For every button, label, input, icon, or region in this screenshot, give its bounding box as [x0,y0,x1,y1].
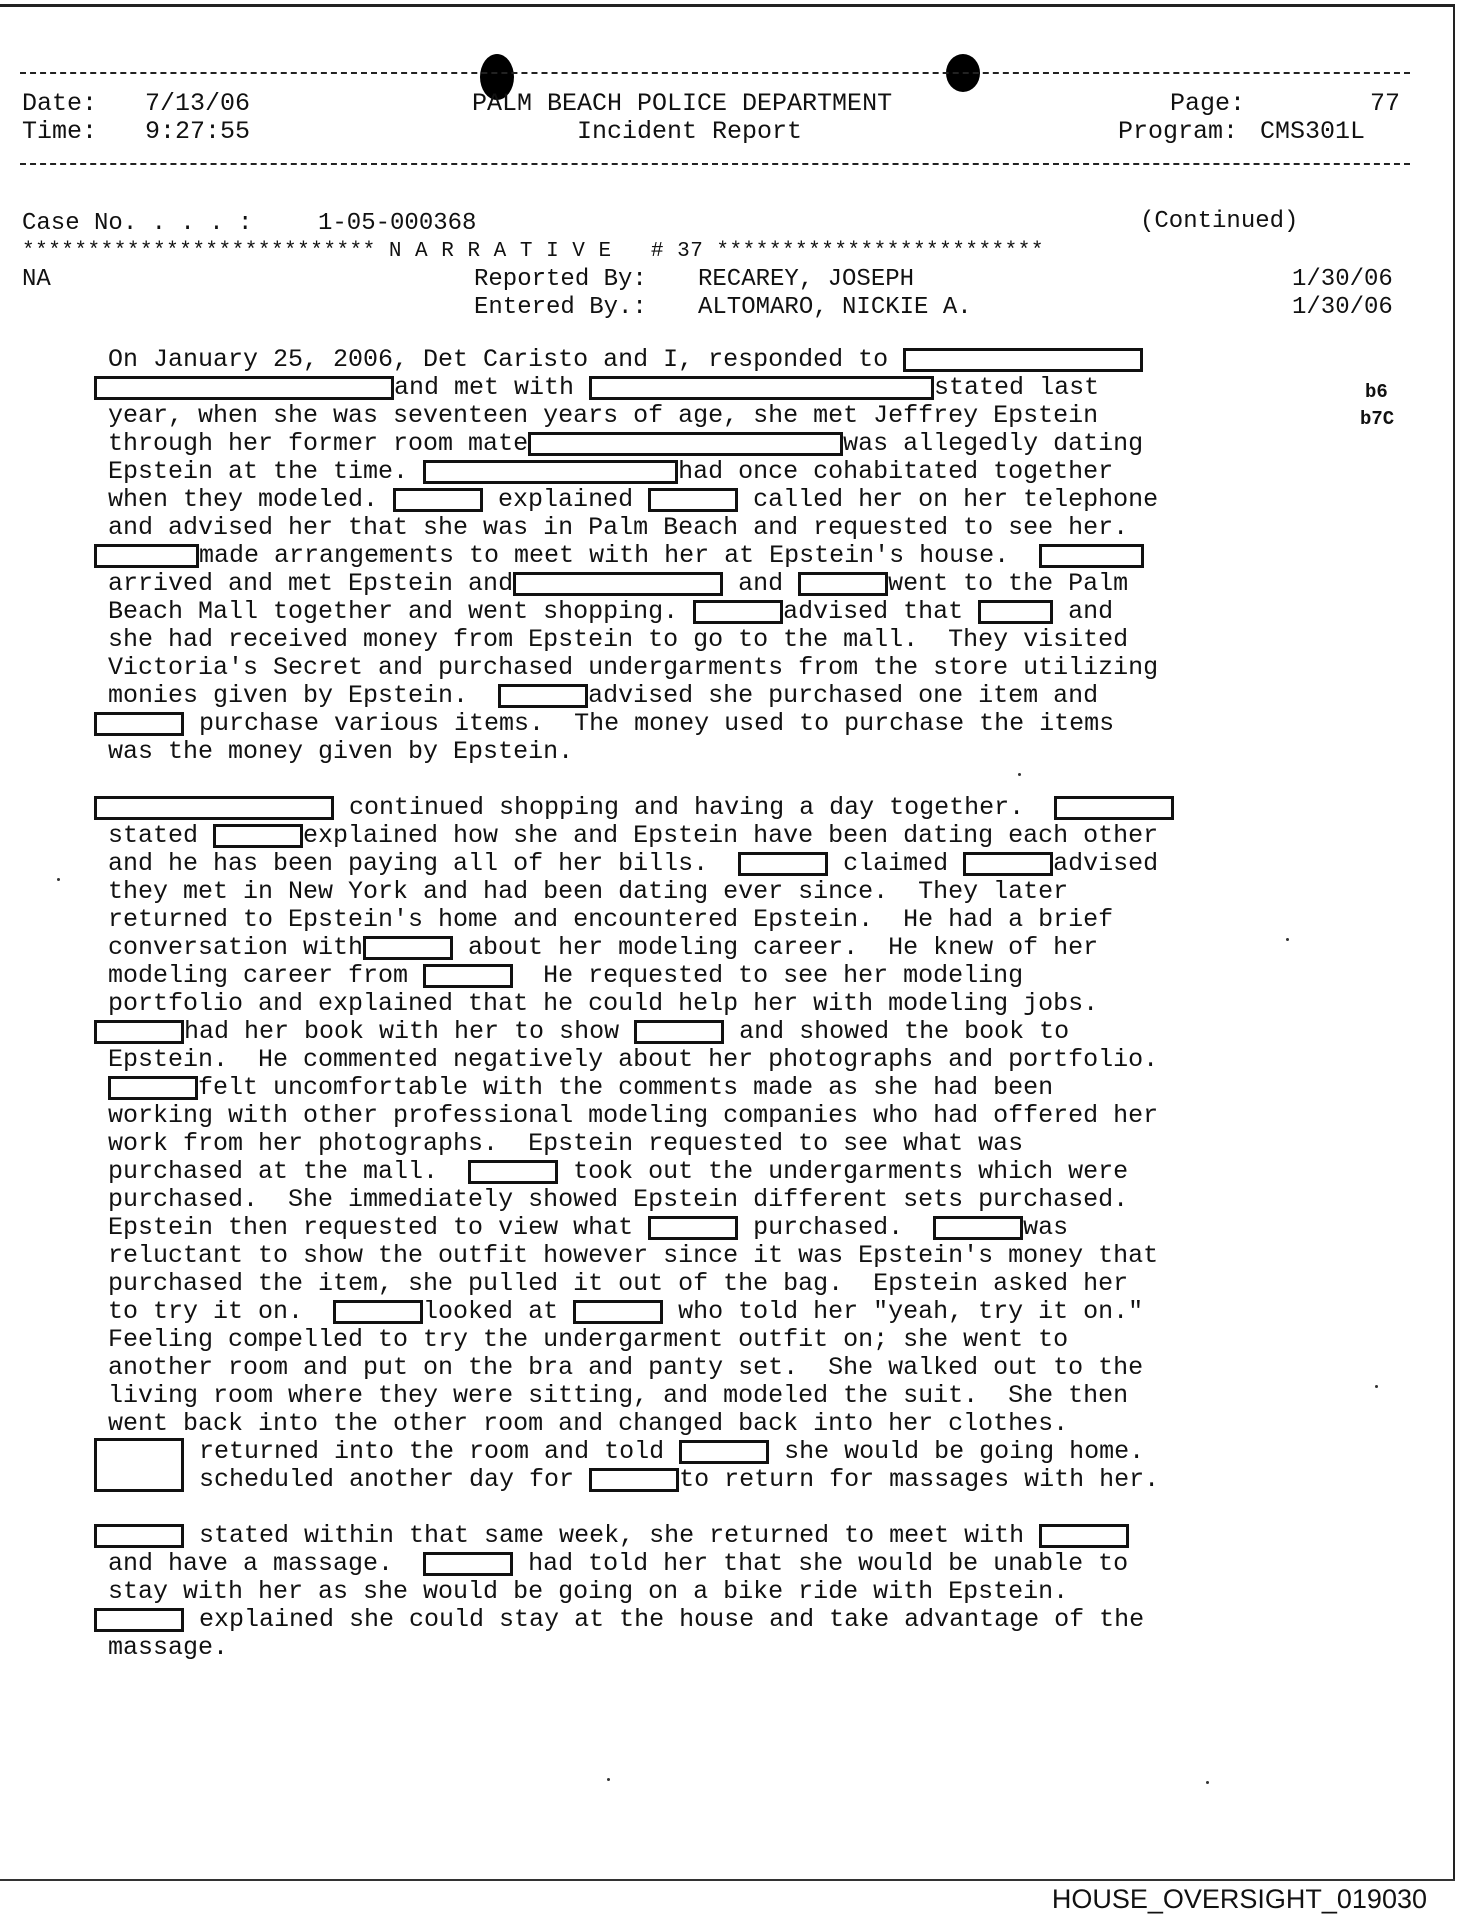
narrative-text: made arrangements to meet with her at Ep… [199,542,1039,570]
redaction-box [648,488,738,512]
narrative-text: was the money given by Epstein. [108,738,573,766]
narrative-line: explained she could stay at the house an… [94,1606,1348,1634]
redaction-box [1039,1524,1129,1548]
narrative-text: had once cohabitated together [678,458,1113,486]
redaction-box [468,1160,558,1184]
narrative-text: to return for massages with her. [679,1466,1159,1494]
narrative-line: went back into the other room and change… [108,1410,1348,1438]
scan-speck [57,878,60,881]
narrative-text: had her book with her to show [184,1018,634,1046]
narrative-text: went back into the other room and change… [108,1410,1068,1438]
narrative-text: had told her that she would be unable to [513,1550,1128,1578]
narrative-line: year, when she was seventeen years of ag… [108,402,1348,430]
narrative-body: On January 25, 2006, Det Caristo and I, … [108,346,1348,1662]
narrative-line: stay with her as she would be going on a… [108,1578,1348,1606]
narrative-banner: *************************** N A R R A T … [22,238,1044,266]
narrative-line: made arrangements to meet with her at Ep… [94,542,1348,570]
narrative-text: explained [483,486,648,514]
narrative-text: was allegedly dating [843,430,1143,458]
narrative-text: she would be going home. [769,1438,1144,1466]
redaction-box [423,460,678,484]
narrative-line: continued shopping and having a day toge… [94,794,1348,822]
narrative-line: Epstein. He commented negatively about h… [108,1046,1348,1074]
narrative-text: Epstein at the time. [108,458,423,486]
narrative-text: claimed [828,850,963,878]
paragraph-gap [108,1494,1348,1522]
continued-label: (Continued) [1140,208,1298,236]
narrative-text: massage. [108,1634,228,1662]
narrative-text: arrived and met Epstein and [108,570,513,598]
redaction-box [423,1552,513,1576]
redaction-box [94,796,334,820]
narrative-text: when they modeled. [108,486,393,514]
narrative-line: purchased. She immediately showed Epstei… [108,1186,1348,1214]
narrative-line: Beach Mall together and went shopping. a… [108,598,1348,626]
scan-speck [607,1778,610,1781]
redaction-box [798,572,888,596]
narrative-text: Beach Mall together and went shopping. [108,598,693,626]
narrative-text: stated within that same week, she return… [184,1522,1039,1550]
narrative-line: when they modeled. explained called her … [108,486,1348,514]
narrative-line: and have a massage. had told her that sh… [108,1550,1348,1578]
header-rule-top [20,72,1410,74]
narrative-line: Epstein at the time. had once cohabitate… [108,458,1348,486]
redaction-box [94,1020,184,1044]
redaction-box [94,1608,184,1632]
narrative-text: year, when she was seventeen years of ag… [108,402,1098,430]
narrative-text: felt uncomfortable with the comments mad… [198,1074,1053,1102]
narrative-line: monies given by Epstein. advised she pur… [108,682,1348,710]
narrative-text: returned to Epstein's home and encounter… [108,906,1113,934]
redaction-box [573,1300,663,1324]
scan-speck [1286,938,1289,941]
exemption-note-b6: b6 [1365,381,1388,403]
narrative-text: work from her photographs. Epstein reque… [108,1130,1023,1158]
narrative-text: advised that [783,598,978,626]
narrative-text: they met in New York and had been dating… [108,878,1068,906]
exemption-note-b7c: b7C [1360,408,1394,430]
narrative-line: conversation with about her modeling car… [108,934,1348,962]
narrative-line: working with other professional modeling… [108,1102,1348,1130]
classification: NA [22,266,51,294]
reported-by-label: Reported By: [474,266,647,294]
redaction-box [963,852,1053,876]
narrative-text: portfolio and explained that he could he… [108,990,1098,1018]
narrative-text: was [1023,1214,1068,1242]
narrative-text: stated [108,822,213,850]
narrative-text: modeling career from [108,962,423,990]
narrative-line: and he has been paying all of her bills.… [108,850,1348,878]
redaction-box [693,600,783,624]
redaction-box [423,964,513,988]
narrative-line: was the money given by Epstein. [108,738,1348,766]
narrative-line: massage. [108,1634,1348,1662]
scan-speck [1018,773,1021,776]
narrative-text: called her on her telephone [738,486,1158,514]
redaction-box [528,432,843,456]
narrative-text: and met with [394,374,589,402]
page-edge-right [1453,4,1455,1879]
redaction-box [679,1440,769,1464]
page-edge-bottom [0,1879,1455,1881]
page-number: 77 [1370,90,1400,118]
narrative-text: Victoria's Secret and purchased undergar… [108,654,1158,682]
redaction-box [634,1020,724,1044]
narrative-text: purchased the item, she pulled it out of… [108,1270,1128,1298]
narrative-text: returned into the room and told [184,1438,679,1466]
narrative-line: she had received money from Epstein to g… [108,626,1348,654]
narrative-line: returned to Epstein's home and encounter… [108,906,1348,934]
narrative-text: to try it on. [108,1298,333,1326]
time-value: 9:27:55 [145,118,250,146]
narrative-text: took out the undergarments which were [558,1158,1128,1186]
narrative-line: purchased at the mall. took out the unde… [108,1158,1348,1186]
narrative-text: through her former room mate [108,430,528,458]
narrative-line: returned into the room and told she woul… [94,1438,1348,1466]
narrative-line: arrived and met Epstein and and went to … [108,570,1348,598]
page-label: Page: [1170,90,1245,118]
narrative-text: living room where they were sitting, and… [108,1382,1128,1410]
narrative-line: Feeling compelled to try the undergarmen… [108,1326,1348,1354]
header-rule-bottom [20,163,1410,165]
program-code: CMS301L [1260,118,1365,146]
narrative-text: purchased. [738,1214,933,1242]
narrative-line: purchased the item, she pulled it out of… [108,1270,1348,1298]
narrative-text: looked at [423,1298,573,1326]
narrative-text: and showed the book to [724,1018,1069,1046]
narrative-text: working with other professional modeling… [108,1102,1158,1130]
narrative-text: stated last [934,374,1099,402]
redaction-box [1054,796,1174,820]
narrative-text: Epstein. He commented negatively about h… [108,1046,1158,1074]
narrative-line: purchase various items. The money used t… [94,710,1348,738]
paragraph-gap [108,766,1348,794]
narrative-line: Epstein then requested to view what purc… [108,1214,1348,1242]
entered-date: 1/30/06 [1292,294,1393,322]
narrative-text: and advised her that she was in Palm Bea… [108,514,1128,542]
narrative-line: reluctant to show the outfit however sin… [108,1242,1348,1270]
narrative-text: she had received money from Epstein to g… [108,626,1128,654]
redaction-box [1039,544,1144,568]
redaction-box [589,376,934,400]
narrative-text: who told her "yeah, try it on." [663,1298,1143,1326]
narrative-text: Feeling compelled to try the undergarmen… [108,1326,1068,1354]
redaction-box [738,852,828,876]
redaction-box [933,1216,1023,1240]
narrative-line: living room where they were sitting, and… [108,1382,1348,1410]
narrative-text: Epstein then requested to view what [108,1214,648,1242]
narrative-line: On January 25, 2006, Det Caristo and I, … [108,346,1348,374]
redaction-box [648,1216,738,1240]
narrative-line: to try it on. looked at who told her "ye… [108,1298,1348,1326]
redaction-box [94,712,184,736]
redaction-box [213,824,303,848]
scan-speck [1375,1385,1378,1388]
narrative-line: had her book with her to show and showed… [94,1018,1348,1046]
narrative-text: monies given by Epstein. [108,682,498,710]
narrative-line: another room and put on the bra and pant… [108,1354,1348,1382]
narrative-line: felt uncomfortable with the comments mad… [108,1074,1348,1102]
narrative-line: stated within that same week, she return… [94,1522,1348,1550]
narrative-text: about her modeling career. He knew of he… [453,934,1098,962]
redaction-box [94,1524,184,1548]
narrative-text: another room and put on the bra and pant… [108,1354,1143,1382]
narrative-text: stay with her as she would be going on a… [108,1578,1068,1606]
narrative-text: purchase various items. The money used t… [184,710,1114,738]
narrative-text: continued shopping and having a day toge… [334,794,1054,822]
narrative-line: stated explained how she and Epstein hav… [108,822,1348,850]
narrative-line: portfolio and explained that he could he… [108,990,1348,1018]
redaction-box [513,572,723,596]
entered-by-name: ALTOMARO, NICKIE A. [698,294,972,322]
narrative-line: and met with stated last [94,374,1348,402]
date-value: 7/13/06 [145,90,250,118]
reported-by-name: RECAREY, JOSEPH [698,266,914,294]
narrative-text: explained how she and Epstein have been … [303,822,1158,850]
redaction-box [94,544,199,568]
narrative-line: they met in New York and had been dating… [108,878,1348,906]
narrative-line: scheduled another day for to return for … [108,1466,1348,1494]
narrative-line: Victoria's Secret and purchased undergar… [108,654,1348,682]
narrative-text: He requested to see her modeling [513,962,1023,990]
report-type: Incident Report [577,118,802,146]
redaction-box [94,376,394,400]
narrative-text: purchased at the mall. [108,1158,468,1186]
redaction-box [94,1438,184,1492]
entered-by-label: Entered By.: [474,294,647,322]
redaction-box [589,1468,679,1492]
time-label: Time: [22,118,97,146]
narrative-text: On January 25, 2006, Det Caristo and I, … [108,346,903,374]
narrative-text: went to the Palm [888,570,1128,598]
narrative-text: scheduled another day for [184,1466,589,1494]
narrative-text: reluctant to show the outfit however sin… [108,1242,1158,1270]
redaction-box [108,1076,198,1100]
reported-date: 1/30/06 [1292,266,1393,294]
redaction-box [333,1300,423,1324]
redaction-box [978,600,1053,624]
case-number: 1-05-000368 [318,210,476,238]
narrative-line: modeling career from He requested to see… [108,962,1348,990]
program-label: Program: [1118,118,1238,146]
bates-number: HOUSE_OVERSIGHT_019030 [1052,1883,1427,1915]
narrative-text: conversation with [108,934,363,962]
narrative-line: through her former room matewas allegedl… [108,430,1348,458]
redaction-box [363,936,453,960]
date-label: Date: [22,90,97,118]
redaction-box [393,488,483,512]
narrative-text: and he has been paying all of her bills. [108,850,738,878]
agency-name: PALM BEACH POLICE DEPARTMENT [472,90,892,118]
redaction-box [903,348,1143,372]
narrative-line: work from her photographs. Epstein reque… [108,1130,1348,1158]
narrative-text: advised she purchased one item and [588,682,1098,710]
narrative-text: and have a massage. [108,1550,423,1578]
narrative-text: explained she could stay at the house an… [184,1606,1144,1634]
scan-speck [1206,1781,1209,1784]
narrative-text: and [723,570,798,598]
redaction-box [498,684,588,708]
narrative-text: advised [1053,850,1158,878]
case-number-label: Case No. . . . : [22,210,252,238]
narrative-line: and advised her that she was in Palm Bea… [108,514,1348,542]
narrative-text: and [1053,598,1113,626]
narrative-text: purchased. She immediately showed Epstei… [108,1186,1128,1214]
page-edge-top [0,4,1453,7]
